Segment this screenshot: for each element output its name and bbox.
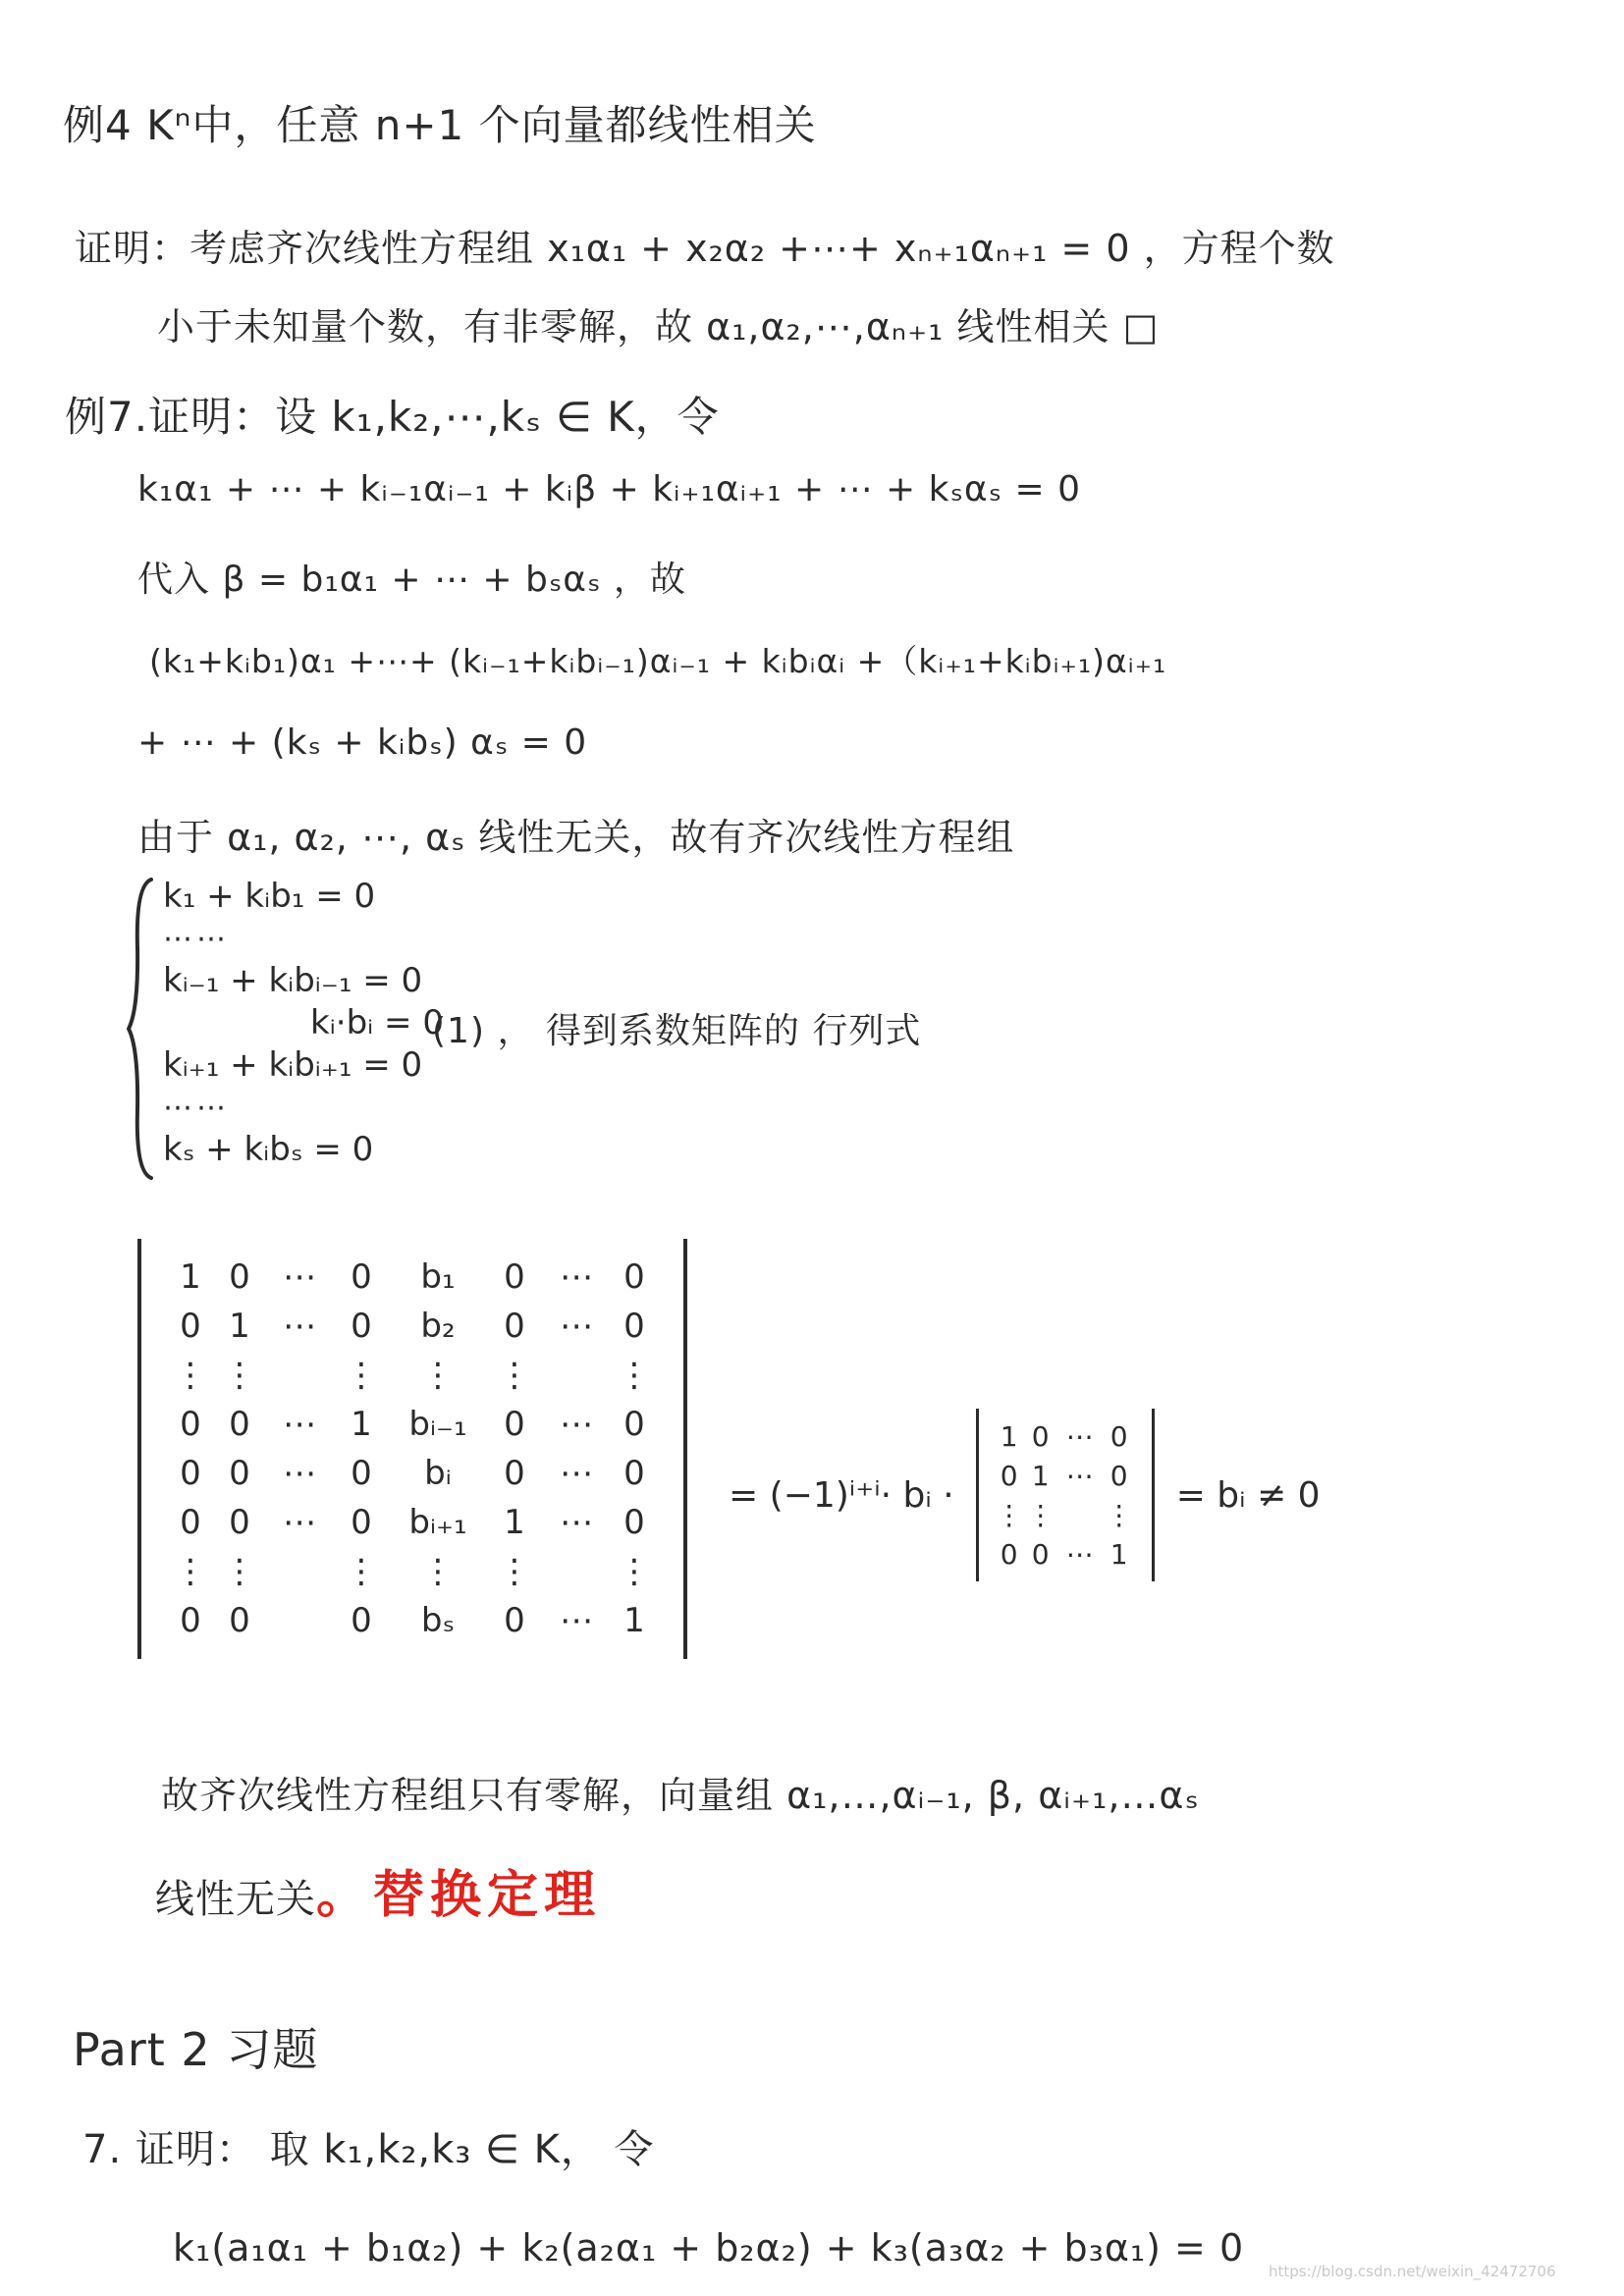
- conclusion-line2-black: 线性无关: [155, 1877, 316, 1922]
- determinant-cell: [265, 1351, 334, 1400]
- determinant-cell: 0: [1103, 1456, 1136, 1495]
- determinant-cell: ⋮: [487, 1351, 542, 1400]
- determinant-cell: 1: [611, 1596, 658, 1645]
- example7-expanded-eq-a: (k₁+kᵢb₁)α₁ +⋯+ (kᵢ₋₁+kᵢbᵢ₋₁)αᵢ₋₁ + kᵢbᵢ…: [149, 636, 1166, 682]
- determinant-cell: 1: [167, 1253, 214, 1302]
- determinant-cell: 0: [487, 1400, 542, 1449]
- determinant-cell: 0: [611, 1400, 658, 1449]
- determinant-result: = bᵢ ≠ 0: [1176, 1475, 1321, 1516]
- exercise7-line: 7. 证明： 取 k₁,k₂,k₃ ∈ K， 令: [82, 2118, 655, 2174]
- determinant-cell: bᵢ₊₁: [389, 1498, 487, 1547]
- determinant-cell: ⋮: [334, 1547, 389, 1596]
- determinant-cell: 0: [214, 1253, 265, 1302]
- example7-expanded-eq-b: + ⋯ + (kₛ + kᵢbₛ) αₛ = 0: [137, 722, 587, 763]
- determinant-cell: ⋮: [167, 1351, 214, 1400]
- determinant-cell: 0: [214, 1449, 265, 1498]
- determinant-cell: 0: [334, 1498, 389, 1547]
- determinant-cell: ⋮: [487, 1547, 542, 1596]
- coefficient-determinant: 10⋯0b₁0⋯001⋯0b₂0⋯0⋮⋮⋮⋮⋮⋮00⋯1bᵢ₋₁0⋯000⋯0b…: [137, 1239, 687, 1659]
- exercise7-equation: k₁(a₁α₁ + b₁α₂) + k₂(a₂α₁ + b₂α₂) + k₃(a…: [173, 2226, 1244, 2269]
- determinant-cell: 1: [487, 1498, 542, 1547]
- system-brace: [124, 876, 157, 1186]
- system-equation-row: kᵢ·bᵢ = 0: [163, 1002, 444, 1044]
- determinant-cell: 0: [167, 1498, 214, 1547]
- determinant-cell: 0: [167, 1302, 214, 1351]
- determinant-cell: ⋯: [265, 1498, 334, 1547]
- determinant-cell: ⋯: [542, 1400, 611, 1449]
- homogeneous-system: k₁ + kᵢb₁ = 0⋯⋯kᵢ₋₁ + kᵢbᵢ₋₁ = 0kᵢ·bᵢ = …: [163, 876, 444, 1171]
- determinant-cell: 1: [214, 1302, 265, 1351]
- system-note: (1) ， 得到系数矩阵的 行列式: [432, 1003, 921, 1053]
- determinant-cell: ⋮: [611, 1351, 658, 1400]
- determinant-cell: 0: [214, 1498, 265, 1547]
- determinant-cell: [1057, 1495, 1103, 1534]
- determinant-cell: ⋯: [1057, 1456, 1103, 1495]
- determinant-cell: bₛ: [389, 1596, 487, 1645]
- determinant-cell: 0: [487, 1596, 542, 1645]
- determinant-cell: ⋯: [265, 1253, 334, 1302]
- determinant-cell: 0: [487, 1302, 542, 1351]
- determinant-cell: 1: [334, 1400, 389, 1449]
- determinant-cell: 0: [334, 1253, 389, 1302]
- determinant-cell: ⋮: [167, 1547, 214, 1596]
- identity-determinant: 10⋯001⋯0⋮⋮⋮00⋯1: [976, 1409, 1155, 1581]
- system-equation-row: kᵢ₊₁ + kᵢbᵢ₊₁ = 0: [163, 1044, 444, 1087]
- replacement-theorem-annotation: 。替换定理: [316, 1866, 601, 1925]
- determinant-cell: 0: [487, 1449, 542, 1498]
- determinant-cell: 0: [995, 1456, 1024, 1495]
- determinant-cell: 0: [1024, 1534, 1057, 1574]
- determinant-cell: 0: [334, 1449, 389, 1498]
- determinant-cell: 1: [995, 1416, 1024, 1456]
- determinant-cell: b₂: [389, 1302, 487, 1351]
- determinant-cell: ⋮: [995, 1495, 1024, 1534]
- determinant-cell: ⋯: [265, 1449, 334, 1498]
- system-equation-row: ⋯⋯: [163, 1087, 444, 1129]
- determinant-cell: 0: [214, 1596, 265, 1645]
- determinant-cell: ⋮: [334, 1351, 389, 1400]
- determinant-cell: 0: [487, 1253, 542, 1302]
- example4-proof-line1: 证明：考虑齐次线性方程组 x₁α₁ + x₂α₂ +⋯+ xₙ₊₁αₙ₊₁ = …: [75, 218, 1335, 272]
- determinant-cell: ⋯: [1057, 1416, 1103, 1456]
- determinant-cell: 0: [334, 1302, 389, 1351]
- determinant-cell: b₁: [389, 1253, 487, 1302]
- determinant-cell: [265, 1547, 334, 1596]
- determinant-cell: [265, 1596, 334, 1645]
- determinant-cell: 0: [167, 1449, 214, 1498]
- determinant-cell: ⋮: [214, 1351, 265, 1400]
- determinant-cell: ⋯: [542, 1449, 611, 1498]
- determinant-cell: bᵢ₋₁: [389, 1400, 487, 1449]
- system-equation-row: kₛ + kᵢbₛ = 0: [163, 1129, 444, 1171]
- determinant-cell: ⋮: [389, 1351, 487, 1400]
- determinant-cell: 1: [1103, 1534, 1136, 1574]
- determinant-cell: [542, 1547, 611, 1596]
- determinant-cell: ⋮: [214, 1547, 265, 1596]
- determinant-cell: ⋮: [389, 1547, 487, 1596]
- determinant-cell: 0: [611, 1302, 658, 1351]
- handwritten-notes-page: 例4 Kⁿ中，任意 n+1 个向量都线性相关 证明：考虑齐次线性方程组 x₁α₁…: [0, 0, 1624, 2296]
- example4-title: 例4 Kⁿ中，任意 n+1 个向量都线性相关: [63, 93, 817, 152]
- determinant-cell: 0: [611, 1253, 658, 1302]
- determinant-cell: ⋯: [542, 1302, 611, 1351]
- determinant-cell: 0: [214, 1400, 265, 1449]
- determinant-cell: bᵢ: [389, 1449, 487, 1498]
- system-equation-row: ⋯⋯: [163, 918, 444, 960]
- determinant-cell: ⋯: [1057, 1534, 1103, 1574]
- determinant-cell: 0: [611, 1449, 658, 1498]
- part2-heading: Part 2 习题: [73, 2014, 318, 2079]
- example4-proof-line2: 小于未知量个数，有非零解，故 α₁,α₂,⋯,αₙ₊₁ 线性相关 □: [157, 296, 1159, 350]
- system-equation-row: kᵢ₋₁ + kᵢbᵢ₋₁ = 0: [163, 960, 444, 1002]
- conclusion-line1: 故齐次线性方程组只有零解，向量组 α₁,…,αᵢ₋₁, β, αᵢ₊₁,…αₛ: [161, 1765, 1200, 1819]
- determinant-cell: ⋯: [265, 1400, 334, 1449]
- determinant-cell: ⋮: [611, 1547, 658, 1596]
- determinant-cell: ⋮: [1024, 1495, 1057, 1534]
- determinant-cell: ⋯: [542, 1253, 611, 1302]
- system-equation-row: k₁ + kᵢb₁ = 0: [163, 876, 444, 918]
- determinant-cell: 0: [334, 1596, 389, 1645]
- determinant-cell: 0: [995, 1534, 1024, 1574]
- determinant-cell: 0: [1103, 1416, 1136, 1456]
- determinant-cell: ⋮: [1103, 1495, 1136, 1534]
- example7-equation-1: k₁α₁ + ⋯ + kᵢ₋₁αᵢ₋₁ + kᵢβ + kᵢ₊₁αᵢ₊₁ + ⋯…: [137, 469, 1081, 509]
- example7-substitution: 代入 β = b₁α₁ + ⋯ + bₛαₛ ，故: [137, 552, 686, 602]
- csdn-watermark: https://blog.csdn.net/weixin_42472706: [1269, 2263, 1556, 2280]
- determinant-cell: [542, 1351, 611, 1400]
- example7-title: 例7.证明：设 k₁,k₂,⋯,kₛ ∈ K，令: [65, 385, 720, 444]
- determinant-cell: 0: [611, 1498, 658, 1547]
- determinant-evaluation: = (−1)ⁱ⁺ⁱ· bᵢ · 10⋯001⋯0⋮⋮⋮00⋯1 = bᵢ ≠ 0: [729, 1402, 1321, 1588]
- determinant-cell: 0: [167, 1400, 214, 1449]
- determinant-cell: ⋯: [542, 1498, 611, 1547]
- determinant-cell: 0: [167, 1596, 214, 1645]
- determinant-cell: ⋯: [542, 1596, 611, 1645]
- conclusion-line2: 线性无关。替换定理: [155, 1853, 601, 1927]
- determinant-cell: 0: [1024, 1416, 1057, 1456]
- determinant-cell: ⋯: [265, 1302, 334, 1351]
- determinant-cell: 1: [1024, 1456, 1057, 1495]
- cofactor-expansion-factor: = (−1)ⁱ⁺ⁱ· bᵢ ·: [729, 1475, 954, 1516]
- example7-independence-line: 由于 α₁, α₂, ⋯, αₛ 线性无关，故有齐次线性方程组: [137, 807, 1014, 861]
